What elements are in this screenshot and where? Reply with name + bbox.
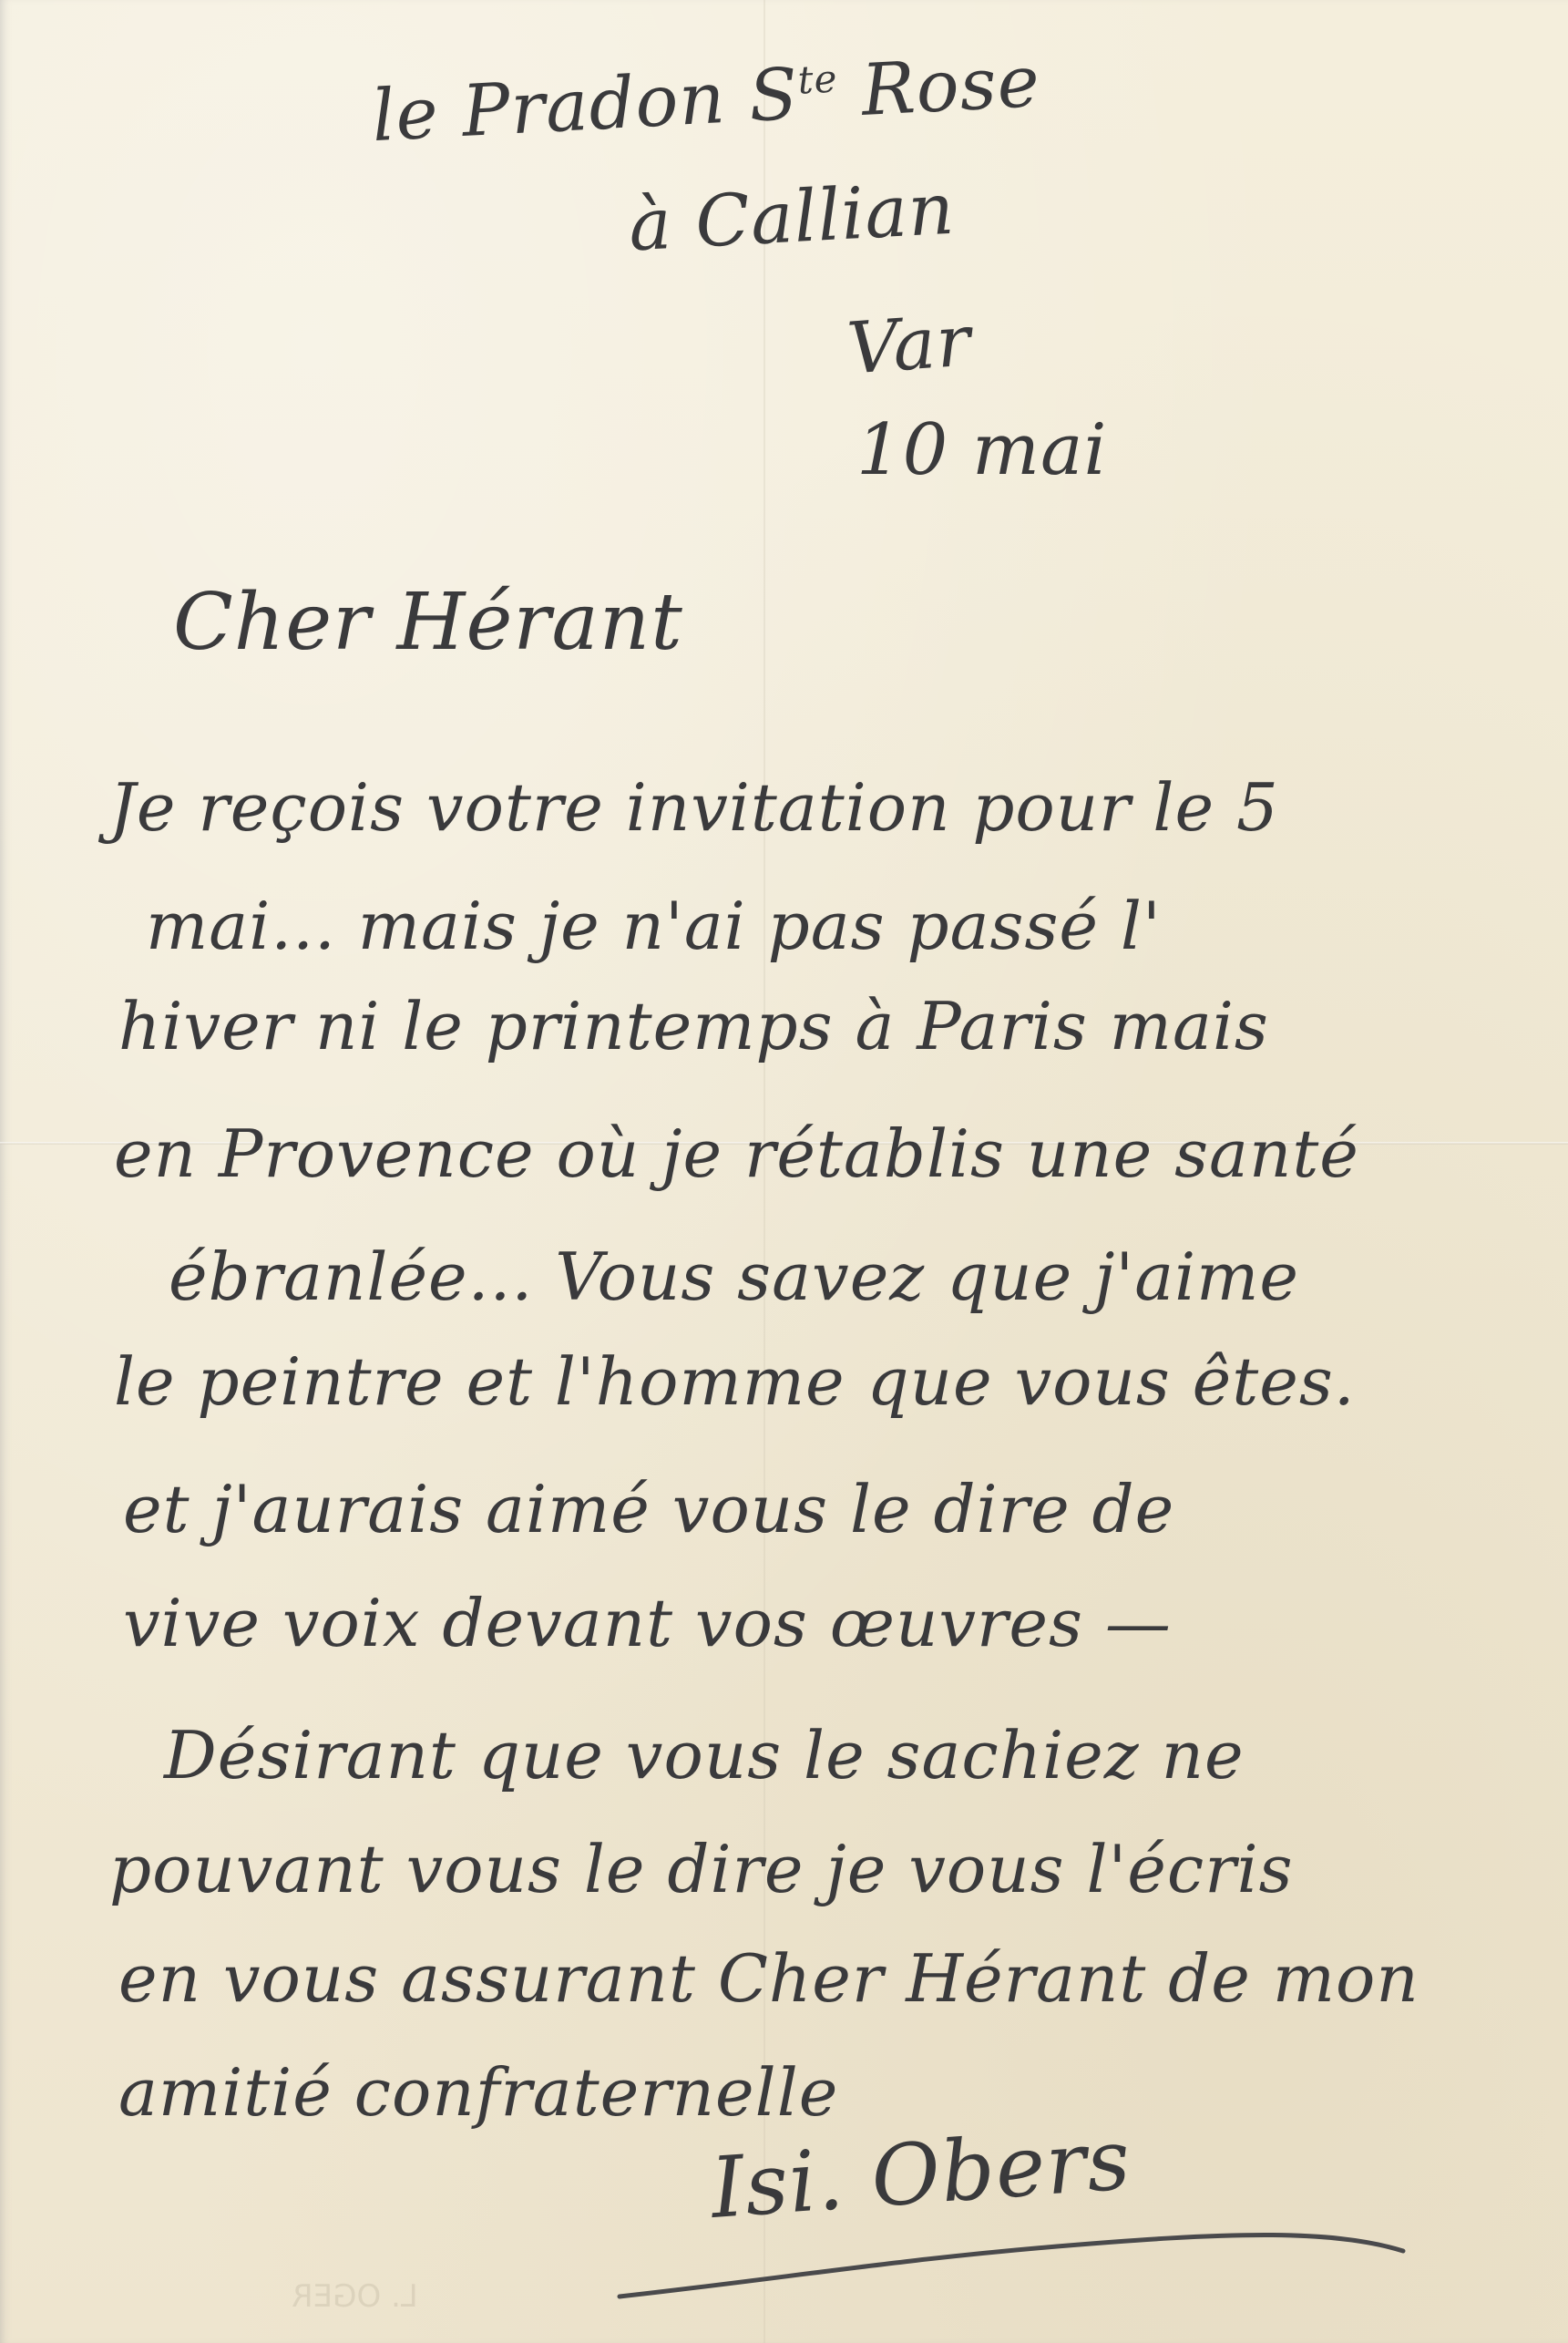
address-saint-abbrev: te <box>796 56 838 102</box>
body-line-1: Je reçois votre invitation pour le 5 <box>109 775 1279 840</box>
salutation: Cher Hérant <box>173 583 683 662</box>
signature-underline-flourish <box>601 2224 1421 2306</box>
body-line-5: ébranlée... Vous savez que j'aime <box>169 1244 1299 1310</box>
body-line-6: le peintre et l'homme que vous êtes. <box>114 1349 1356 1414</box>
body-line-2: mai... mais je n'ai pas passé l' <box>146 893 1162 959</box>
body-line-8: vive voix devant vos œuvres — <box>123 1590 1172 1656</box>
address-line-3: Var <box>845 305 973 385</box>
body-line-3: hiver ni le printemps à Paris mais <box>118 993 1269 1059</box>
bleed-through-text: L. OGER <box>292 2278 418 2315</box>
letter-date: 10 mai <box>856 415 1107 486</box>
address-rose: Rose <box>836 41 1042 133</box>
body-line-7: et j'aurais aimé vous le dire de <box>123 1476 1174 1542</box>
body-line-9: Désirant que vous le sachiez ne <box>164 1722 1245 1788</box>
address-line-2: à Callian <box>627 174 957 262</box>
body-line-10: pouvant vous le dire je vous l'écris <box>109 1836 1294 1902</box>
body-line-4: en Provence où je rétablis une santé <box>114 1121 1359 1187</box>
body-line-12: amitié confraternelle <box>118 2060 838 2125</box>
body-line-11: en vous assurant Cher Hérant de mon <box>118 1946 1419 2011</box>
